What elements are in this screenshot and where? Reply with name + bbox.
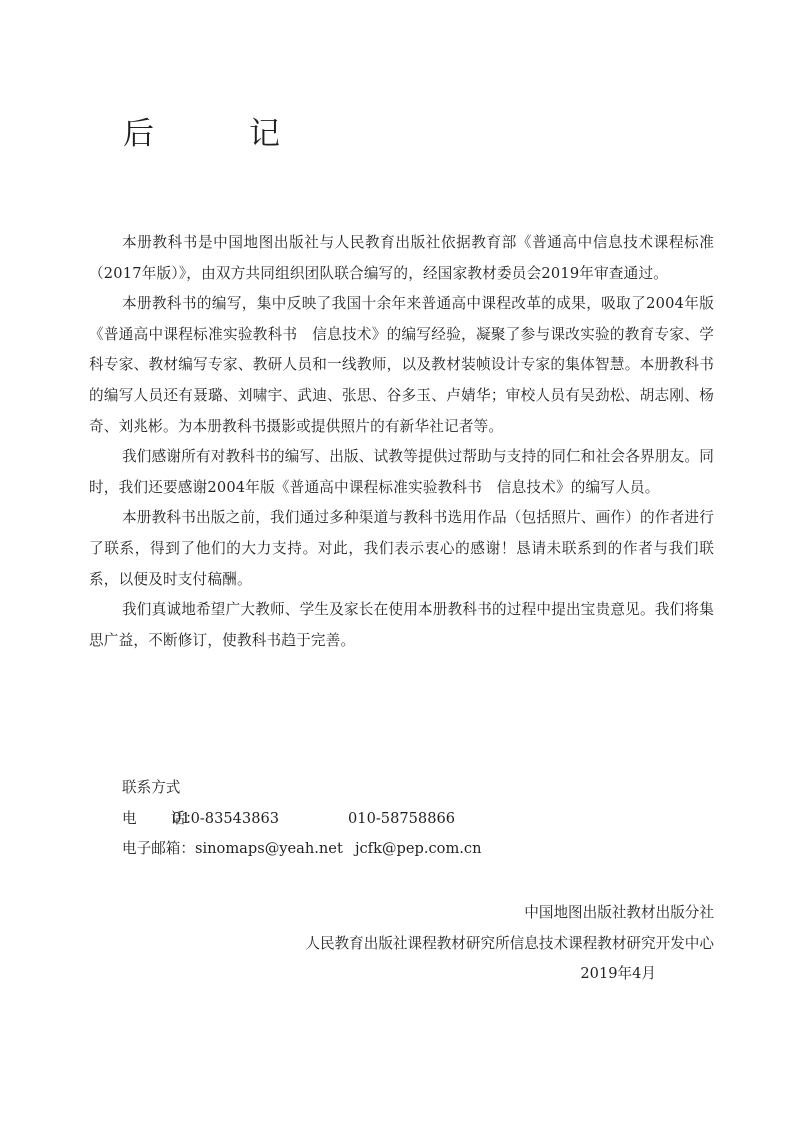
contact-email-row: 电子邮箱： sinomaps@yeah.net jcfk@pep.com.cn: [122, 834, 482, 865]
phone-number-2: 010-58758866: [348, 804, 455, 835]
signature-org-1: 中国地图出版社教材出版分社: [305, 898, 714, 929]
email-label: 电子邮箱：: [122, 834, 195, 865]
paragraph-thanks: 我们感谢所有对教科书的编写、出版、试教等提供过帮助与支持的同仁和社会各界朋友。同…: [89, 442, 714, 503]
paragraph-copyright: 本册教科书出版之前，我们通过多种渠道与教科书选用作品（包括照片、画作）的作者进行…: [89, 503, 714, 595]
signature-block: 中国地图出版社教材出版分社 人民教育出版社课程教材研究所信息技术课程教材研究开发…: [305, 898, 714, 990]
paragraph-authors: 本册教科书的编写，集中反映了我国十余年来普通高中课程改革的成果，吸取了2004年…: [89, 289, 714, 442]
email-2[interactable]: jcfk@pep.com.cn: [355, 834, 482, 865]
contact-section: 联系方式 电话： 010-83543863 010-58758866 电子邮箱：…: [122, 773, 482, 865]
page-title: 后 记: [123, 112, 312, 156]
email-1[interactable]: sinomaps@yeah.net: [195, 834, 355, 865]
paragraph-publication: 本册教科书是中国地图出版社与人民教育出版社依据教育部《普通高中信息技术课程标准（…: [89, 228, 714, 289]
phone-number-1: 010-83543863: [172, 804, 348, 835]
afterword-body: 本册教科书是中国地图出版社与人民教育出版社依据教育部《普通高中信息技术课程标准（…: [89, 228, 714, 656]
contact-heading: 联系方式: [122, 773, 482, 804]
contact-phone-row: 电话： 010-83543863 010-58758866: [122, 804, 482, 835]
signature-date: 2019年4月: [305, 959, 714, 990]
contact-heading-text: 联系方式: [122, 773, 180, 804]
phone-label: 电话：: [122, 804, 172, 835]
paragraph-feedback: 我们真诚地希望广大教师、学生及家长在使用本册教科书的过程中提出宝贵意见。我们将集…: [89, 595, 714, 656]
signature-org-2: 人民教育出版社课程教材研究所信息技术课程教材研究开发中心: [305, 929, 714, 960]
